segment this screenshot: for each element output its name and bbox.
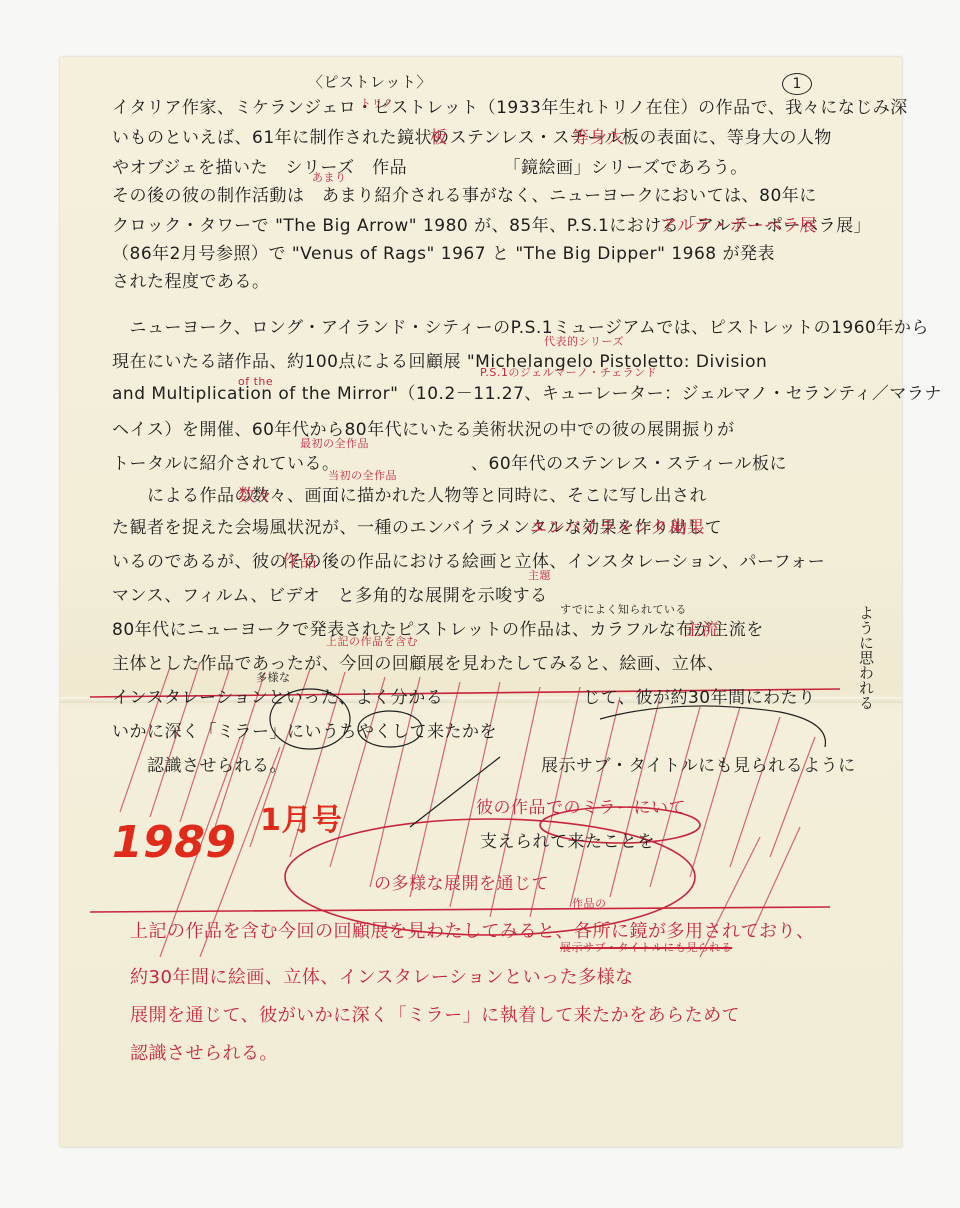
body-line: ヘイス）を開催、60年代から80年代にいたる美術状況の中での彼の展開振りが xyxy=(112,415,735,440)
body-line: 認識させられる。 展示サブ・タイトルにも見られるように xyxy=(112,751,856,776)
red-annotation: of the xyxy=(238,375,273,388)
body-line: による作品の数々、画面に描かれた人物等と同時に、そこに写し出され xyxy=(112,481,707,506)
red-annotation: 彼の作品でのミラーにいて xyxy=(476,793,686,818)
red-annotation: トリノ xyxy=(360,95,394,111)
red-annotation: 板 xyxy=(430,123,448,148)
body-line: and Multiplication of the Mirror"（10.2－1… xyxy=(112,379,942,404)
manuscript-page: 1 〈ピストレット〉 イタリア作家、ミケランジェロ・ピストレット（1933年生れ… xyxy=(60,57,902,1147)
body-line: 現在にいたる諸作品、約100点による回顧展 "Michelangelo Pist… xyxy=(112,347,767,372)
date-month: 1月号 xyxy=(260,795,342,839)
red-annotation: 作品 xyxy=(282,547,317,572)
insertion-note: 多様な xyxy=(256,669,291,685)
body-line: （86年2月号参照）で "Venus of Rags" 1967 と "The … xyxy=(112,239,775,264)
red-annotation: 主流 xyxy=(684,615,719,640)
body-line: いかに深く「ミラー」にいうちやくして来たかを xyxy=(112,717,585,742)
body-line: マンス、フィルム、ビデオ と多角的な展開を示唆する xyxy=(112,581,548,606)
body-line: ニューヨーク、ロング・アイランド・シティーのP.S.1ミュージアムでは、ピストレ… xyxy=(112,313,929,338)
insertion-note: 支えられて来たことを xyxy=(480,827,655,852)
rewritten-line: 認識させられる。 xyxy=(130,1039,278,1065)
red-annotation: 代表的シリーズ xyxy=(544,333,624,349)
body-line: トータルに紹介されている。 、60年代のステンレス・スティール板に xyxy=(112,449,787,474)
red-annotation: アルテ・ポーベラ展 xyxy=(660,211,817,236)
body-line: いるのであるが、彼のその後の作品における絵画と立体、インスタレーション、パーフォ… xyxy=(112,547,825,572)
body-line: その後の彼の制作活動は あまり紹介される事がなく、ニューヨークにおいては、80年… xyxy=(112,181,817,206)
insertion-note: すでによく知られている xyxy=(560,601,687,617)
red-annotation: エンバイラメンタル xyxy=(530,513,685,538)
margin-note-vertical: ように思われる xyxy=(856,605,877,710)
red-annotation: P.S.1のジェルマーノ・チェランド xyxy=(480,364,657,380)
red-annotation: あまり xyxy=(312,169,347,185)
red-annotation: の多様な展開を通じて xyxy=(374,869,549,894)
red-annotation: 最初の全作品 xyxy=(300,435,369,451)
red-annotation: 主題 xyxy=(528,567,551,583)
body-line: やオブジェを描いた シリーズ 作品 「鏡絵画」シリーズであろう。 xyxy=(112,153,748,178)
body-line: 主体とした作品であったが、今回の回顧展を見わたしてみると、絵画、立体、 xyxy=(112,649,724,674)
red-annotation: 等身大 xyxy=(572,123,625,148)
rewritten-line: 作品の xyxy=(572,895,607,911)
rewritten-line: 展開を通じて、彼がいかに深く「ミラー」に執着して来たかをあらためて xyxy=(130,1001,740,1027)
rewritten-line: 約30年間に絵画、立体、インスタレーションといった多様な xyxy=(130,963,634,989)
manuscript-title: 〈ピストレット〉 xyxy=(308,71,432,92)
red-annotation: 効果 xyxy=(670,513,705,538)
red-annotation: 数々 xyxy=(238,481,273,506)
rewritten-line: 展示サブ・タイトルにも見られる xyxy=(560,939,732,955)
body-line: された程度である。 xyxy=(112,267,270,292)
body-line: いものといえば、61年に制作された鏡状のステンレス・スチール板の表面に、等身大の… xyxy=(112,123,832,148)
body-line: イタリア作家、ミケランジェロ・ピストレット（1933年生れトリノ在住）の作品で、… xyxy=(112,93,908,118)
body-line: インスタレーションといった、よく分かる じて、彼が約30年間にわたり xyxy=(112,683,816,708)
red-annotation: 上記の作品を含む xyxy=(326,633,418,649)
red-annotation: 当初の全作品 xyxy=(328,467,397,483)
date-year: 1989 xyxy=(112,817,236,868)
page-number: 1 xyxy=(782,73,812,95)
body-line: 80年代にニューヨークで発表されたピストレットの作品は、カラフルな布が主流を xyxy=(112,615,764,640)
